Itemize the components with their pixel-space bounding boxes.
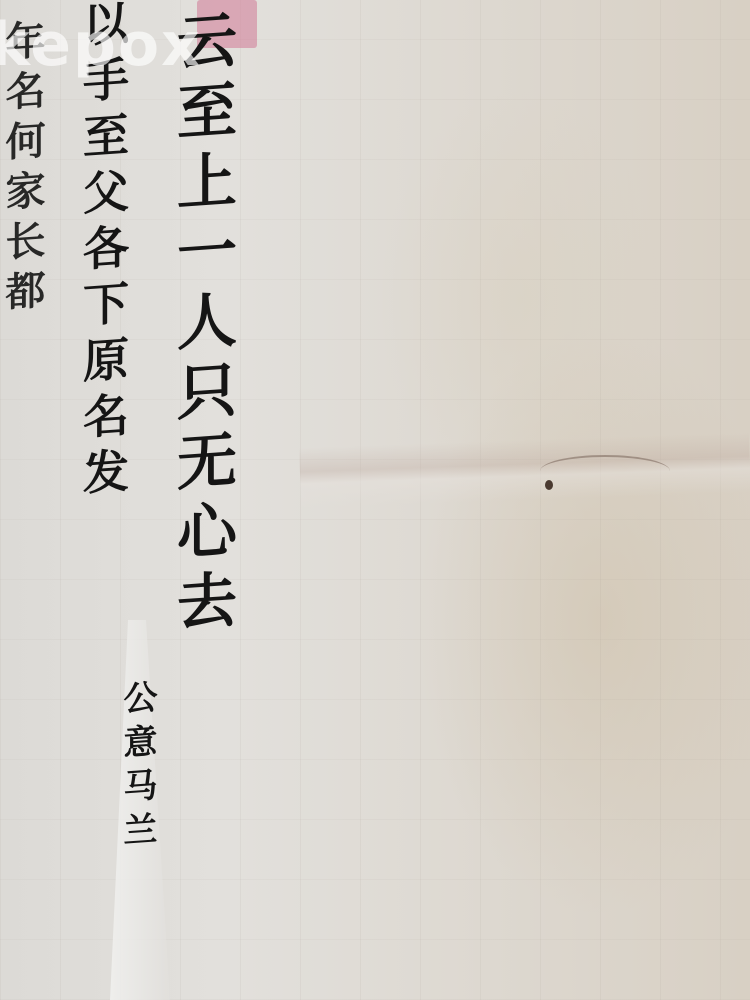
calligraphy-column-tail: 公意马兰 — [120, 679, 154, 857]
watermark: kepox — [0, 10, 202, 80]
calligraphy-column-1: 云至上一人只无心去 — [172, 8, 232, 642]
paper-crease — [540, 455, 670, 487]
ink-spot — [545, 480, 553, 490]
